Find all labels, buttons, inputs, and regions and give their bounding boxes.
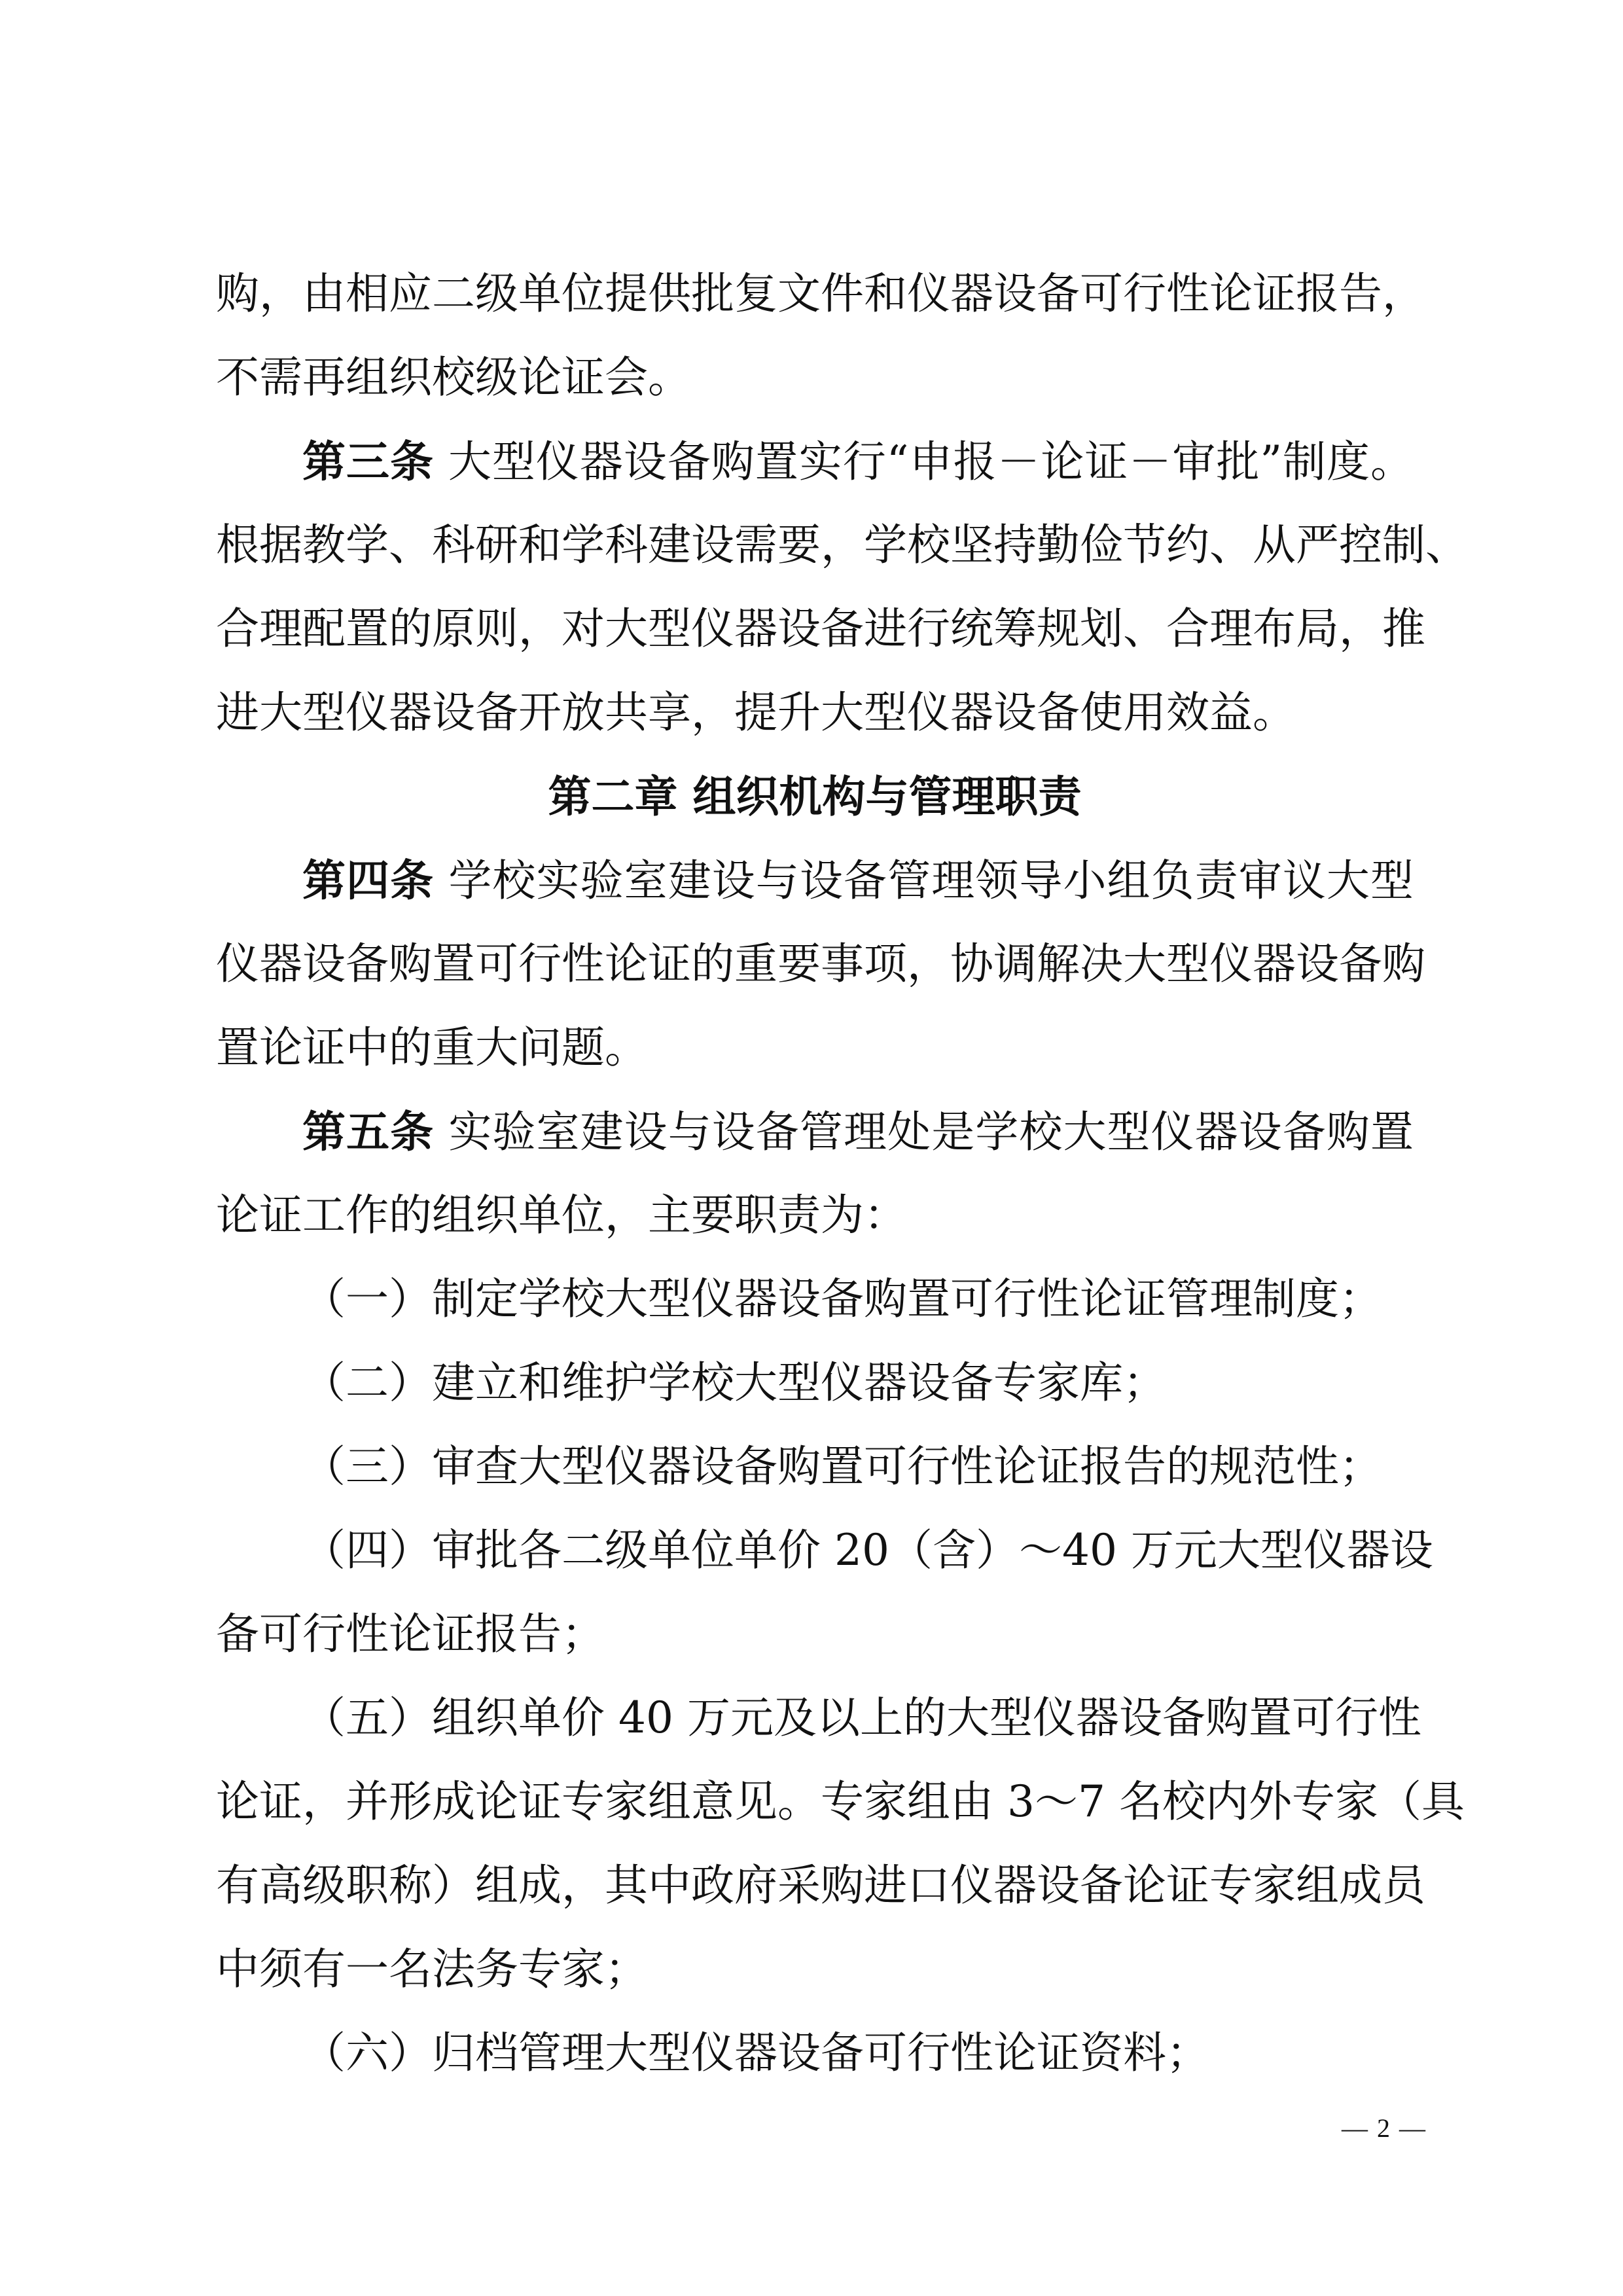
paragraph-continuation: 购，由相应二级单位提供批复文件和仪器设备可行性论证报告， 不需再组织校级论证会。: [216, 252, 1414, 420]
text-line: 大型仪器设备购置实行“申报－论证－审批”制度。: [448, 437, 1414, 487]
text-line: （四）审批各二级单位单价 20（含）～40 万元大型仪器设: [216, 1509, 1414, 1592]
duty-item-1: （一）制定学校大型仪器设备购置可行性论证管理制度；: [216, 1257, 1414, 1341]
article-3: 第三条 大型仪器设备购置实行“申报－论证－审批”制度。 根据教学、科研和学科建设…: [216, 420, 1414, 755]
page-number: — 2 —: [1342, 2113, 1427, 2144]
text-line: （一）制定学校大型仪器设备购置可行性论证管理制度；: [216, 1257, 1414, 1341]
text-line: 实验室建设与设备管理处是学校大型仪器设备购置: [448, 1107, 1414, 1157]
text-line: 不需再组织校级论证会。: [216, 336, 1414, 420]
text-line: 根据教学、科研和学科建设需要，学校坚持勤俭节约、从严控制、: [216, 503, 1414, 587]
text-line: 备可行性论证报告；: [216, 1592, 1414, 1676]
duty-item-6: （六）归档管理大型仪器设备可行性论证资料；: [216, 2011, 1414, 2095]
article-4: 第四条 学校实验室建设与设备管理领导小组负责审议大型 仪器设备购置可行性论证的重…: [216, 838, 1414, 1090]
duty-item-3: （三）审查大型仪器设备购置可行性论证报告的规范性；: [216, 1425, 1414, 1509]
article-label: 第四条: [302, 855, 434, 906]
text-line: 中须有一名法务专家；: [216, 1928, 1414, 2011]
text-line: 购，由相应二级单位提供批复文件和仪器设备可行性论证报告，: [216, 252, 1414, 336]
text-line: 仪器设备购置可行性论证的重要事项，协调解决大型仪器设备购: [216, 922, 1414, 1006]
article-label: 第三条: [302, 436, 434, 487]
document-page: 购，由相应二级单位提供批复文件和仪器设备可行性论证报告， 不需再组织校级论证会。…: [216, 252, 1414, 2095]
text-line: 学校实验室建设与设备管理领导小组负责审议大型: [448, 855, 1414, 906]
text-line: 进大型仪器设备开放共享，提升大型仪器设备使用效益。: [216, 671, 1414, 755]
article-5: 第五条 实验室建设与设备管理处是学校大型仪器设备购置 论证工作的组织单位，主要职…: [216, 1090, 1414, 1257]
text-line: 论证，并形成论证专家组意见。专家组由 3～7 名校内外专家（具: [216, 1760, 1414, 1844]
text-line: （三）审查大型仪器设备购置可行性论证报告的规范性；: [216, 1425, 1414, 1509]
text-line: （五）组织单价 40 万元及以上的大型仪器设备购置可行性: [216, 1676, 1414, 1760]
duty-item-4: （四）审批各二级单位单价 20（含）～40 万元大型仪器设 备可行性论证报告；: [216, 1509, 1414, 1676]
text-line: 有高级职称）组成，其中政府采购进口仪器设备论证专家组成员: [216, 1844, 1414, 1928]
text-line: （二）建立和维护学校大型仪器设备专家库；: [216, 1341, 1414, 1425]
text-line: 置论证中的重大问题。: [216, 1006, 1414, 1090]
article-label: 第五条: [302, 1106, 434, 1157]
text-line: 合理配置的原则，对大型仪器设备进行统筹规划、合理布局，推: [216, 587, 1414, 671]
text-line: 论证工作的组织单位，主要职责为：: [216, 1174, 1414, 1257]
text-line: （六）归档管理大型仪器设备可行性论证资料；: [216, 2011, 1414, 2095]
duty-item-2: （二）建立和维护学校大型仪器设备专家库；: [216, 1341, 1414, 1425]
chapter-heading: 第二章 组织机构与管理职责: [216, 755, 1414, 838]
duty-item-5: （五）组织单价 40 万元及以上的大型仪器设备购置可行性 论证，并形成论证专家组…: [216, 1676, 1414, 2011]
